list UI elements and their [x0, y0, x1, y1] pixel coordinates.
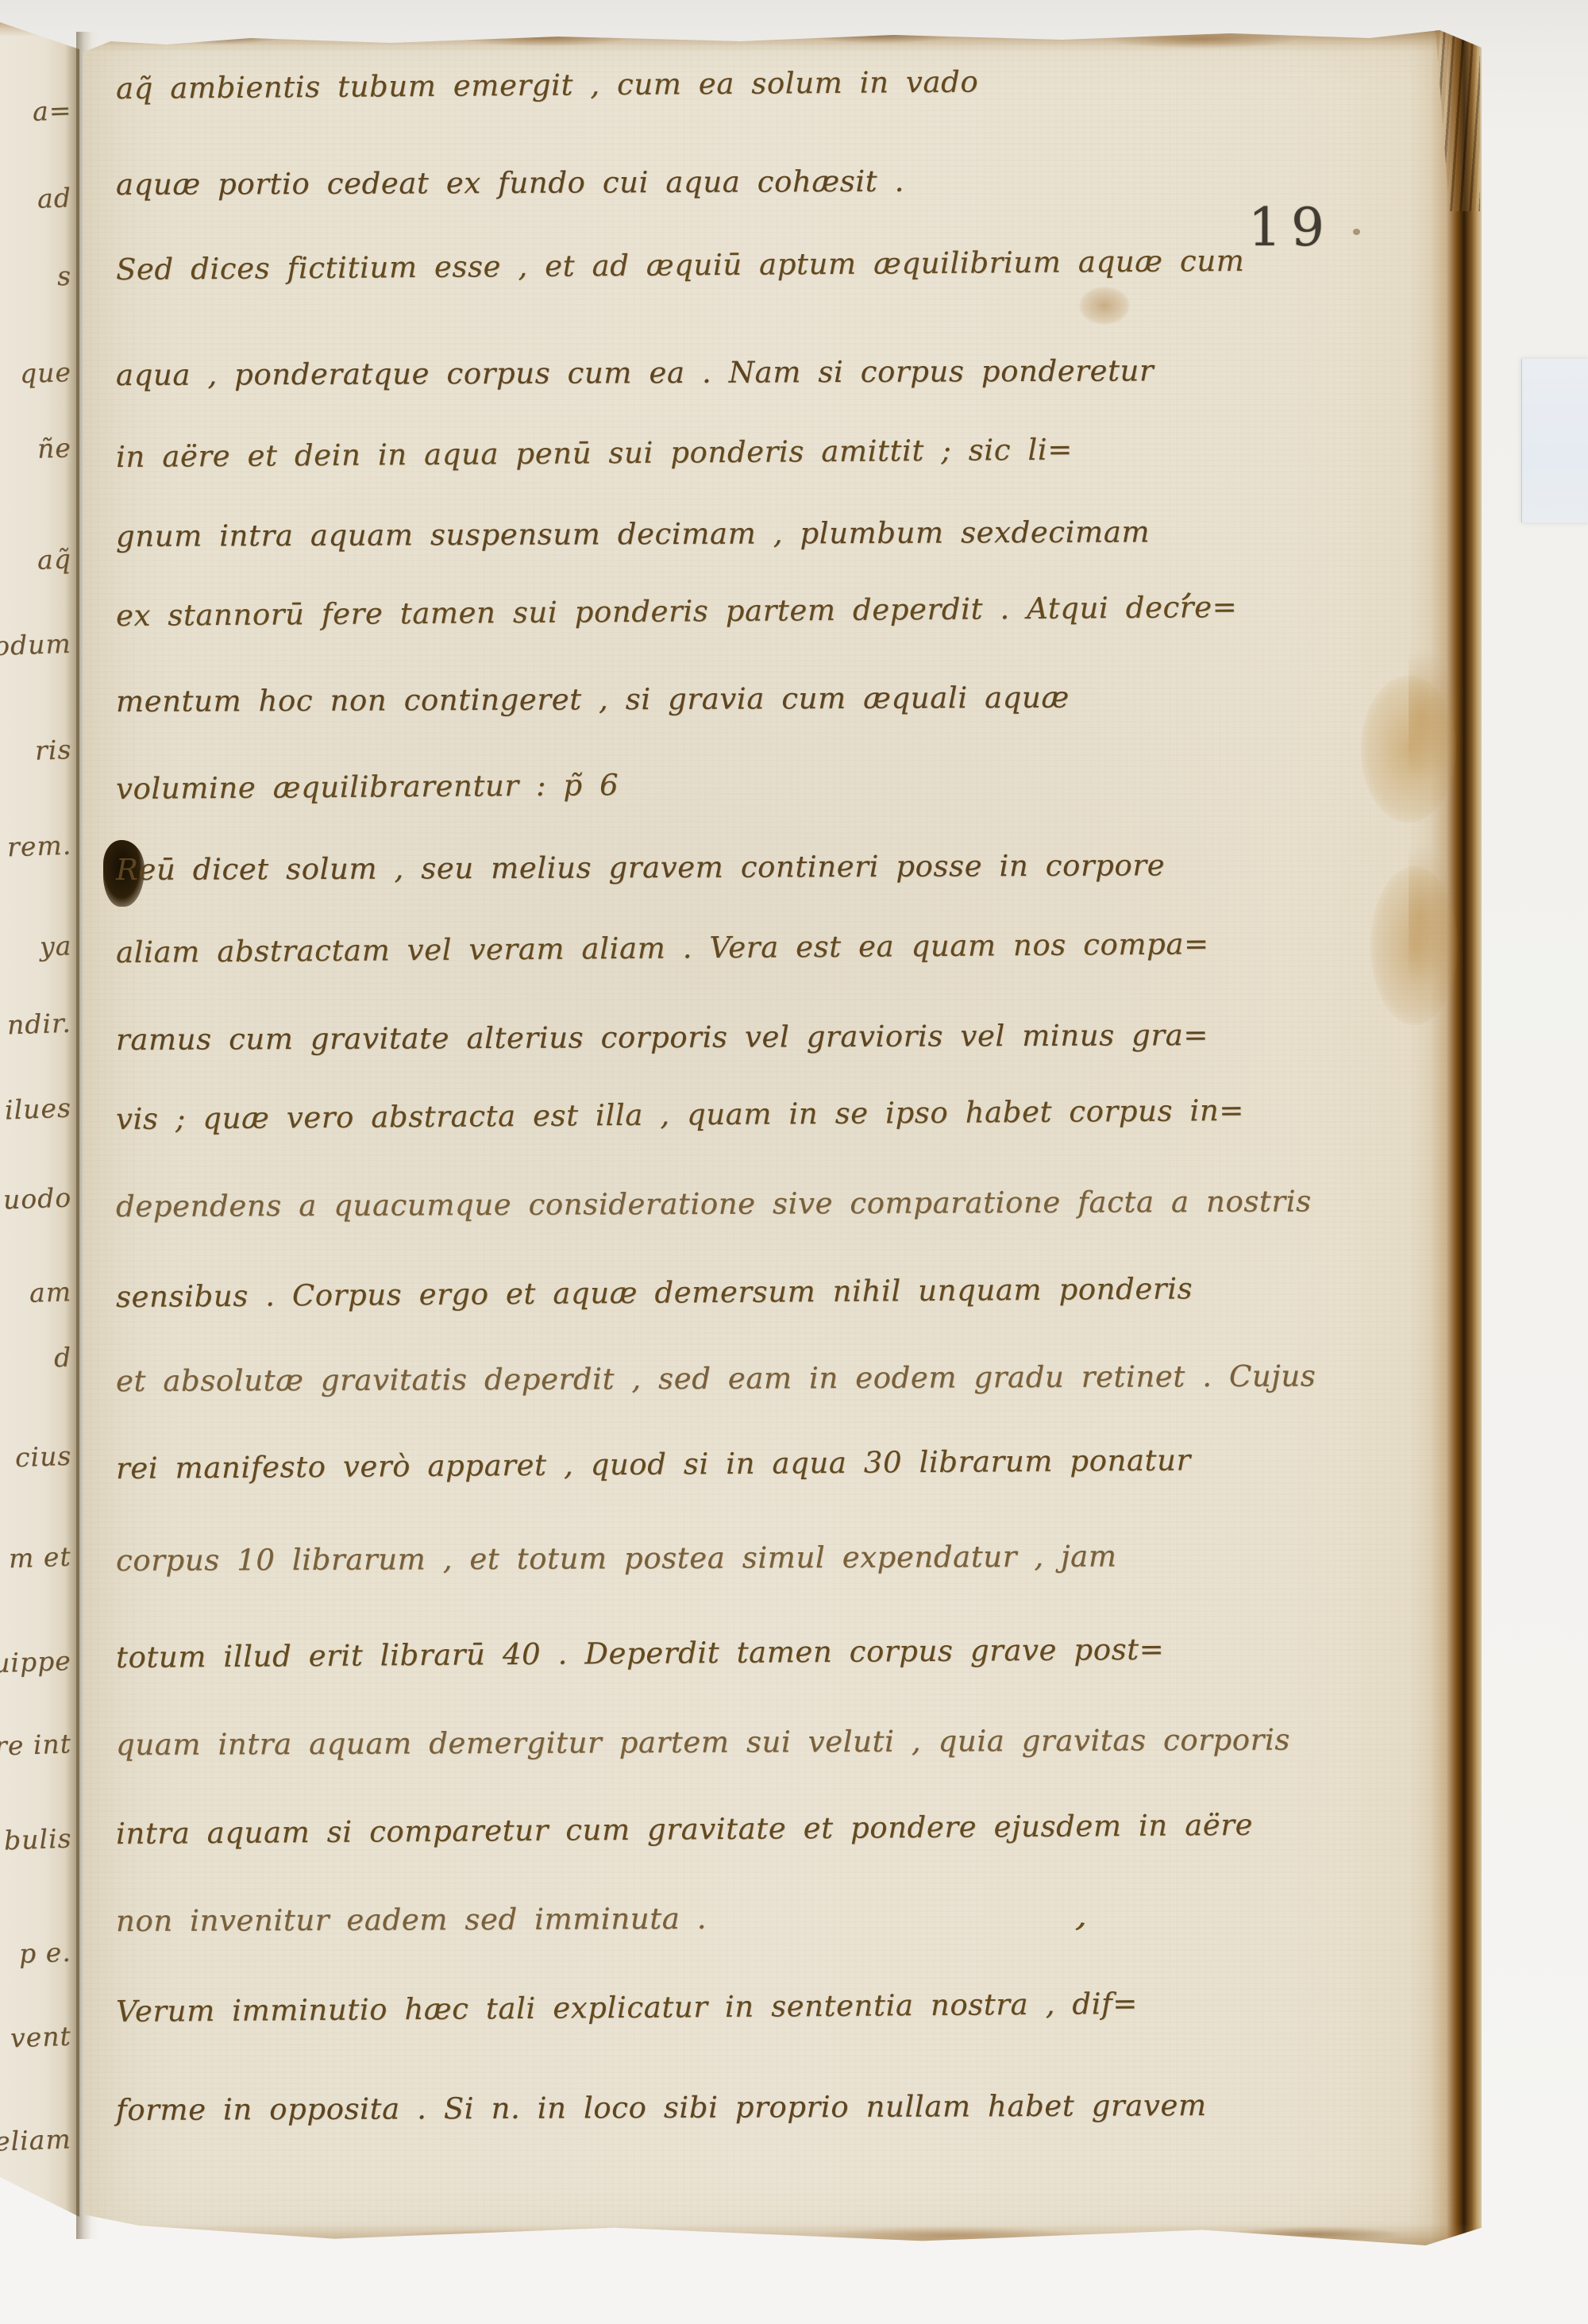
damp-stain — [1361, 676, 1456, 823]
manuscript-scan: { "document": { "page_number": "19", "li… — [0, 0, 1588, 2324]
manuscript-line: non invenitur eadem sed imminuta . — [116, 1902, 707, 1938]
margin-fragment: s — [56, 260, 71, 292]
burned-bottom-edge — [83, 2223, 1482, 2245]
margin-fragment: ris — [34, 734, 72, 766]
manuscript-line: rei manifesto verò apparet , quod si in … — [116, 1443, 1191, 1486]
manuscript-line: corpus 10 librarum , et totum postea sim… — [116, 1540, 1117, 1578]
manuscript-line: aliam abstractam vel veram aliam . Vera … — [116, 927, 1209, 969]
damp-stain — [1370, 866, 1458, 1025]
margin-fragment: a= — [32, 94, 72, 127]
folio-number: 19 — [1248, 197, 1334, 258]
facing-page-burn-edge — [0, 19, 79, 37]
margin-fragment: am — [29, 1276, 71, 1308]
manuscript-line: Reū dicet solum , seu melius gravem cont… — [116, 848, 1165, 887]
margin-fragment: que — [19, 357, 71, 389]
margin-fragment: m et — [9, 1541, 72, 1574]
manuscript-line: Sed dices fictitium esse , et ad æquiū a… — [116, 244, 1245, 287]
archival-tab — [1521, 359, 1588, 522]
margin-fragment: eliam — [0, 2123, 72, 2156]
margin-fragment: ñe — [37, 432, 72, 464]
manuscript-line: ramus cum gravitate alterius corporis ve… — [116, 1018, 1208, 1057]
manuscript-line: ex stannorū fere tamen sui ponderis part… — [116, 590, 1238, 633]
manuscript-line: forme in opposita . Si n. in loco sibi p… — [116, 2088, 1207, 2127]
manuscript-line: Verum imminutio hæc tali explicatur in s… — [116, 1987, 1138, 2029]
ink-stain — [1079, 287, 1130, 325]
margin-fragment: aq̃ — [37, 543, 72, 575]
manuscript-line: intra aquam si comparetur cum gravitate … — [116, 1808, 1253, 1851]
manuscript-line: sensibus . Corpus ergo et aquæ demersum … — [116, 1271, 1193, 1314]
manuscript-line: et absolutæ gravitatis deperdit , sed ea… — [116, 1359, 1316, 1398]
manuscript-line: in aëre et dein in aqua penū sui ponderi… — [116, 433, 1073, 474]
margin-fragment: quippe — [0, 1645, 72, 1679]
manuscript-line: aqua , ponderatque corpus cum ea . Nam s… — [116, 353, 1154, 392]
burned-fore-edge — [1409, 29, 1482, 2245]
manuscript-line: dependens a quacumque consideratione siv… — [116, 1184, 1312, 1224]
margin-fragment: p e. — [19, 1937, 72, 1969]
margin-fragment: ndir. — [7, 1008, 72, 1041]
margin-fragment: ilues — [5, 1093, 72, 1126]
manuscript-line: vis ; quæ vero abstracta est illa , quam… — [116, 1093, 1244, 1136]
margin-fragment: d — [53, 1342, 71, 1374]
manuscript-line: aq̃ ambientis tubum emergit , cum ea sol… — [116, 64, 979, 106]
stray-pen-mark: ’ — [1067, 1914, 1089, 1958]
manuscript-line: aquæ portio cedeat ex fundo cui aqua coh… — [116, 164, 904, 202]
manuscript-line: mentum hoc non contingeret , si gravia c… — [116, 680, 1070, 719]
margin-fragment: vent — [10, 2021, 72, 2054]
manuscript-line: quam intra aquam demergitur partem sui v… — [116, 1723, 1290, 1762]
margin-fragment: uodo — [2, 1182, 71, 1216]
margin-fragment: rem. — [6, 830, 71, 863]
margin-fragment: leodum — [0, 628, 72, 663]
margin-fragment: bulis — [3, 1823, 72, 1856]
margin-fragment: re int — [0, 1728, 72, 1761]
facing-page-edge: a= ad s que ñe aq̃ leodum ris rem. ya nd… — [0, 0, 79, 2324]
paper-speck — [1353, 229, 1360, 235]
manuscript-line: volumine æquilibrarentur : p̃ 6 — [116, 768, 619, 806]
margin-fragment: ya — [39, 930, 72, 962]
manuscript-page: 19 aq̃ ambientis tubum emergit , cum ea … — [83, 29, 1482, 2245]
margin-fragment: ad — [37, 182, 72, 214]
manuscript-line: totum illud erit librarū 40 . Deperdit t… — [116, 1632, 1165, 1675]
margin-fragment: cius — [14, 1440, 72, 1473]
manuscript-line: gnum intra aquam suspensum decimam , plu… — [116, 515, 1150, 553]
burned-top-edge — [83, 29, 1482, 52]
